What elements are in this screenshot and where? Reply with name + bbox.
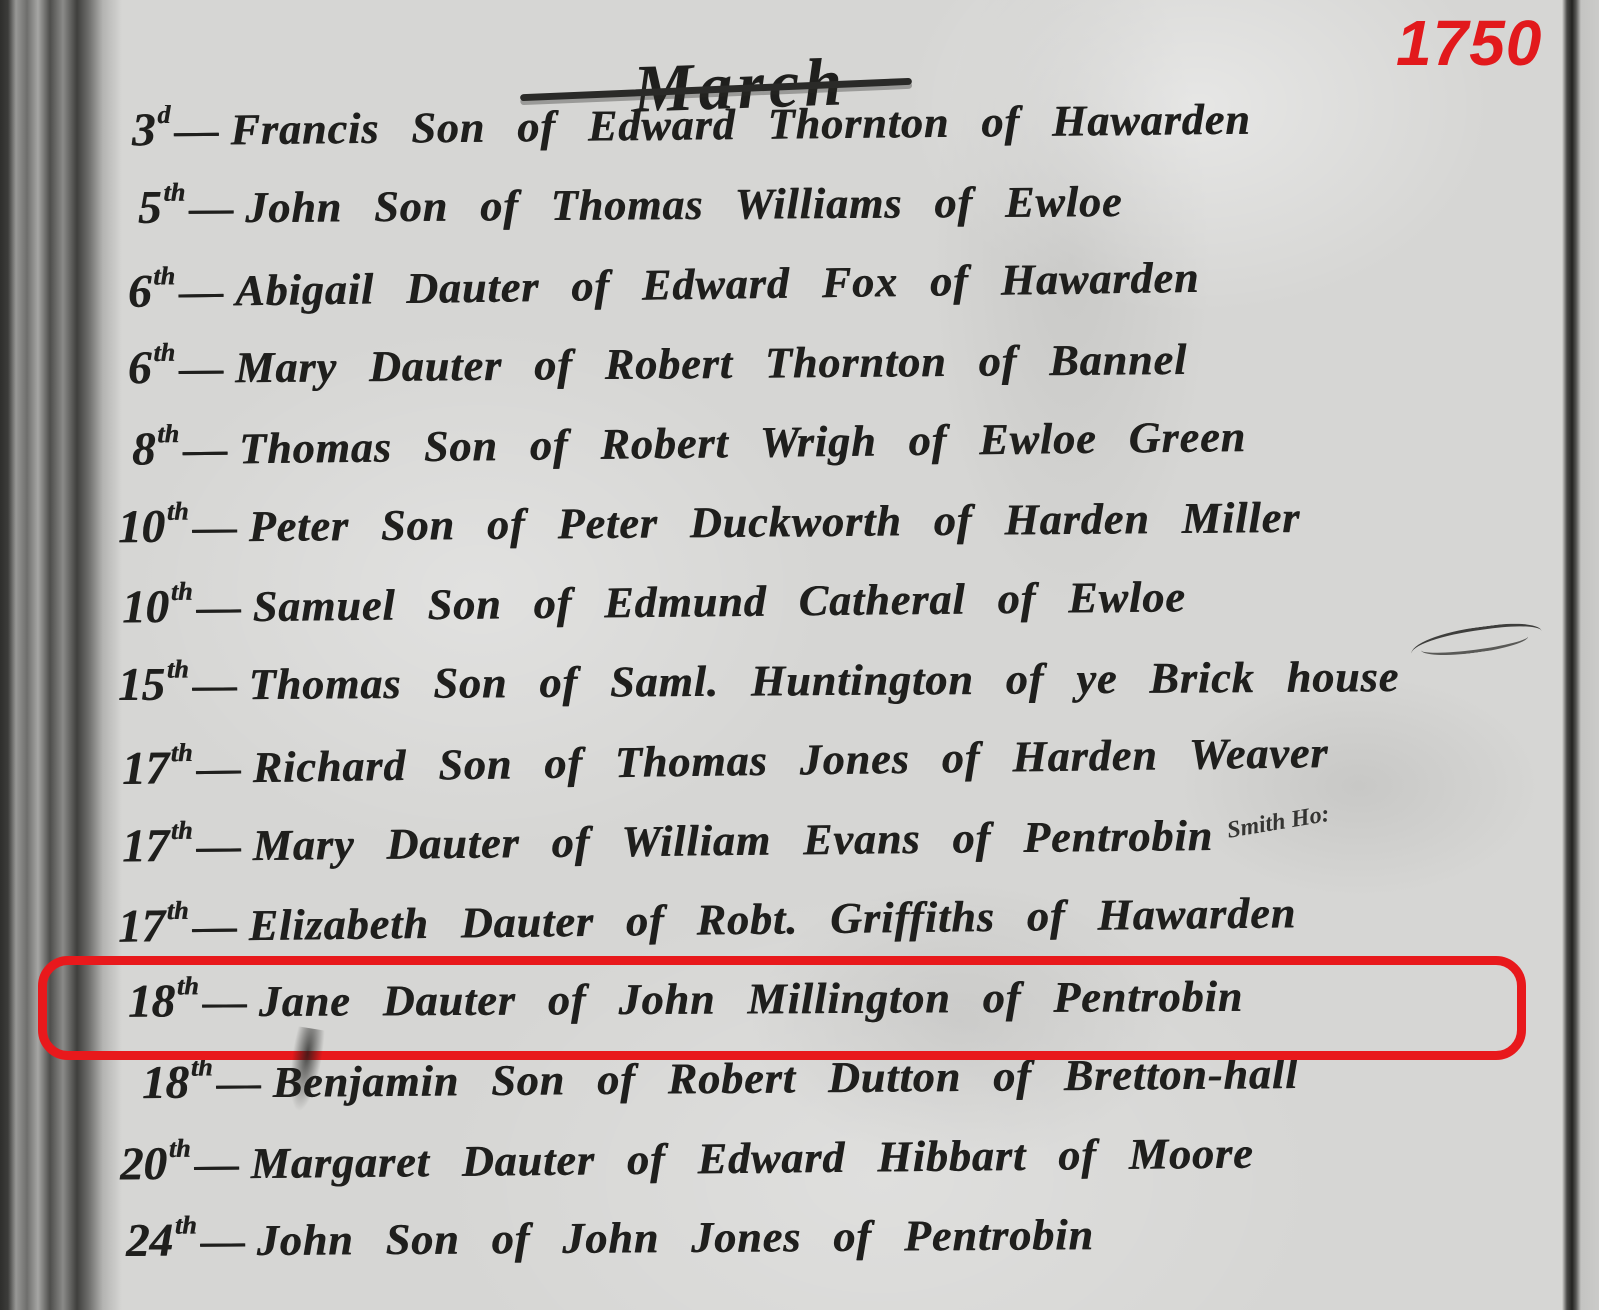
entry-text: Elizabeth Dauter of Robt. Griffiths of H… bbox=[248, 887, 1296, 951]
day-suffix: th bbox=[153, 337, 175, 367]
entry-dash: — bbox=[192, 900, 237, 952]
entry-text: Peter Son of Peter Duckworth of Harden M… bbox=[248, 491, 1300, 551]
entry-dash: — bbox=[192, 659, 236, 710]
day-suffix: th bbox=[169, 1133, 191, 1163]
day-suffix: th bbox=[171, 815, 193, 845]
entry-row: 6th—Mary Dauter of Robert Thornton of Ba… bbox=[128, 328, 1549, 420]
entry-dash: — bbox=[192, 501, 236, 552]
book-binding-gutter bbox=[0, 0, 122, 1310]
day-suffix: d bbox=[157, 100, 170, 130]
entry-dash: — bbox=[216, 1057, 260, 1108]
entry-dash: — bbox=[196, 581, 241, 632]
day-suffix: th bbox=[167, 896, 189, 926]
day-suffix: th bbox=[170, 738, 192, 768]
day-number: 8 bbox=[132, 422, 156, 476]
highlight-box bbox=[38, 956, 1526, 1060]
parish-register-scan: March 1750 3d—Francis Son of Edward Thor… bbox=[0, 0, 1599, 1310]
day-suffix: th bbox=[163, 177, 185, 207]
day-number: 6 bbox=[128, 340, 152, 394]
entry-text: John Son of Thomas Williams of Ewloe bbox=[245, 176, 1123, 233]
day-number: 24 bbox=[126, 1214, 173, 1268]
entry-row: 15th—Thomas Son of Saml. Huntington of y… bbox=[118, 648, 1549, 737]
entry-dash: — bbox=[194, 1138, 239, 1189]
day-number: 10 bbox=[118, 499, 165, 553]
entry-dash: — bbox=[196, 820, 241, 871]
page-edge-line bbox=[1562, 0, 1599, 1310]
entry-row: 8th—Thomas Son of Robert Wrigh of Ewloe … bbox=[132, 405, 1549, 502]
day-suffix: th bbox=[171, 577, 193, 607]
year-label: 1750 bbox=[1396, 6, 1542, 80]
day-number: 5 bbox=[138, 180, 162, 234]
day-number: 3 bbox=[132, 103, 156, 157]
entries-list: 3d—Francis Son of Edward Thornton of Haw… bbox=[118, 96, 1548, 1289]
entry-dash: — bbox=[179, 342, 223, 393]
day-number: 17 bbox=[118, 899, 166, 954]
entry-row: 24th—John Son of John Jones of Pentrobin bbox=[126, 1204, 1549, 1293]
entry-text: Richard Son of Thomas Jones of Harden We… bbox=[252, 727, 1328, 793]
day-number: 15 bbox=[118, 657, 165, 711]
entry-row: 10th—Peter Son of Peter Duckworth of Har… bbox=[118, 487, 1549, 579]
entry-text: Francis Son of Edward Thornton of Haward… bbox=[230, 94, 1251, 156]
entry-dash: — bbox=[200, 1215, 244, 1266]
entry-dash: — bbox=[179, 266, 224, 318]
day-number: 20 bbox=[120, 1136, 168, 1190]
entry-text: Thomas Son of Robert Wrigh of Ewloe Gree… bbox=[239, 411, 1246, 474]
day-number: 17 bbox=[122, 818, 170, 872]
entry-row: 6th—Abigail Dauter of Edward Fox of Hawa… bbox=[128, 245, 1549, 344]
entry-dash: — bbox=[174, 105, 219, 156]
day-suffix: th bbox=[167, 654, 189, 684]
day-suffix: th bbox=[167, 496, 189, 526]
day-number: 6 bbox=[128, 265, 152, 319]
day-suffix: th bbox=[175, 1210, 197, 1240]
entry-text: Samuel Son of Edmund Catheral of Ewloe bbox=[252, 571, 1186, 632]
entry-text: Margaret Dauter of Edward Hibbart of Moo… bbox=[250, 1127, 1253, 1188]
entry-row: 5th—John Son of Thomas Williams of Ewloe bbox=[138, 171, 1549, 260]
entry-dash: — bbox=[196, 742, 241, 794]
entry-text: Mary Dauter of William Evans of Pentrobi… bbox=[252, 810, 1213, 871]
entry-row: 20th—Margaret Dauter of Edward Hibbart o… bbox=[120, 1122, 1549, 1216]
entry-dash: — bbox=[189, 182, 233, 233]
entry-row: 3d—Francis Son of Edward Thornton of Haw… bbox=[132, 89, 1549, 183]
entry-text: Thomas Son of Saml. Huntington of ye Bri… bbox=[248, 651, 1399, 710]
day-suffix: th bbox=[153, 261, 175, 291]
entry-row: 10th—Samuel Son of Edmund Catheral of Ew… bbox=[122, 566, 1549, 660]
entry-dash: — bbox=[183, 423, 228, 475]
entry-text: Abigail Dauter of Edward Fox of Hawarden bbox=[235, 252, 1200, 316]
entry-text: Mary Dauter of Robert Thornton of Bannel bbox=[235, 333, 1188, 392]
day-number: 18 bbox=[142, 1056, 189, 1110]
day-number: 17 bbox=[122, 741, 170, 796]
day-number: 10 bbox=[122, 580, 170, 634]
superscript-annotation: Smith Ho: bbox=[1225, 800, 1331, 844]
day-suffix: th bbox=[157, 419, 179, 449]
entry-text: John Son of John Jones of Pentrobin bbox=[256, 1209, 1094, 1266]
